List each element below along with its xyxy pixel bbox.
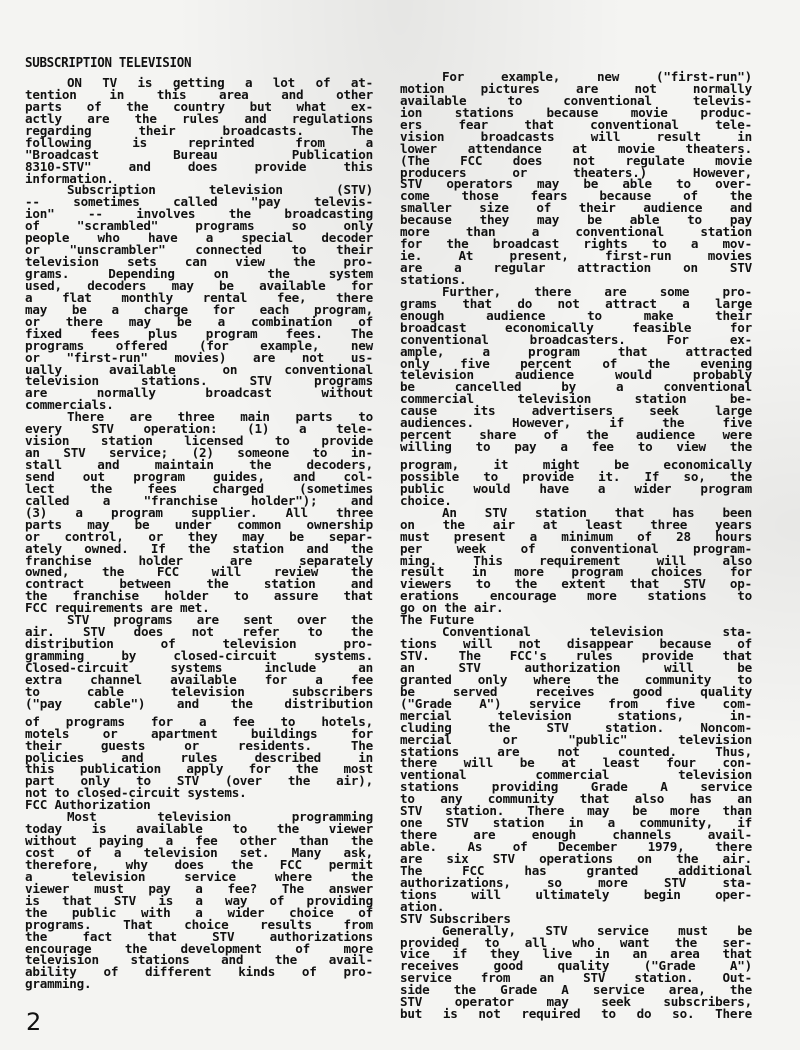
left-column: ON TV is getting a lot of at-tention in … [25,77,373,990]
text-line: ("pay cable") and the distribution [25,698,373,710]
text-line: gramming. [25,978,373,990]
text-line: willing to pay a fee to view the [400,441,752,453]
text-line: public would have a wider program [400,483,752,495]
page-number: 2 [26,1008,41,1036]
text-line: tions will ultimately begin oper- [400,889,752,901]
text-line: but is not required to do so. There [400,1008,752,1020]
page-title: SUBSCRIPTION TELEVISION [25,55,191,71]
right-column: For example, new ("first-run")motion pic… [400,71,752,1020]
